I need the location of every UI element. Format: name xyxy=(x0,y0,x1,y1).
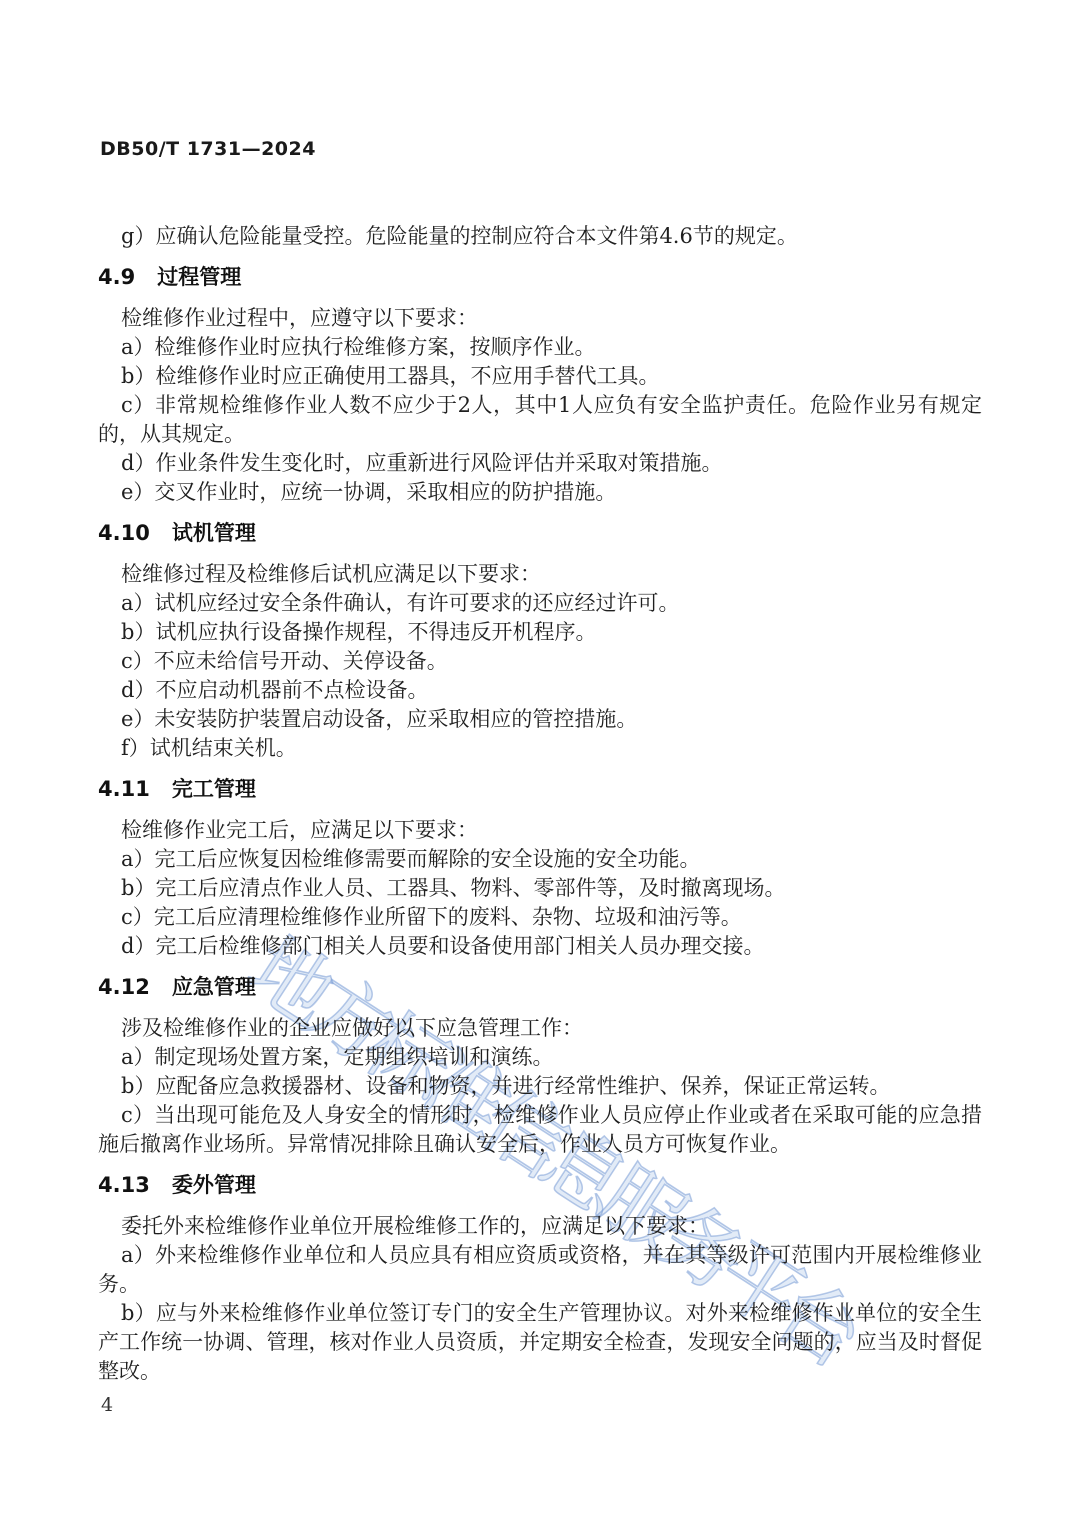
clause-item-f: f）试机结束关机。 xyxy=(98,734,982,763)
clause-item-a: a）外来检维修作业单位和人员应具有相应资质或资格，并在其等级许可范围内开展检维修… xyxy=(98,1241,982,1299)
section-number: 4.12 xyxy=(98,975,150,999)
section-number: 4.9 xyxy=(98,265,135,289)
section-title: 应急管理 xyxy=(172,975,256,999)
paragraph-intro: 检维修作业完工后，应满足以下要求： xyxy=(98,816,982,845)
section-number: 4.10 xyxy=(98,521,150,545)
clause-item-c: c）非常规检维修作业人数不应少于2人，其中1人应负有安全监护责任。危险作业另有规… xyxy=(98,391,982,449)
paragraph-intro: 涉及检维修作业的企业应做好以下应急管理工作： xyxy=(98,1014,982,1043)
clause-item-b: b）检维修作业时应正确使用工器具，不应用手替代工具。 xyxy=(98,362,982,391)
section-heading-4-9: 4.9过程管理 xyxy=(98,263,982,292)
clause-item-a: a）检维修作业时应执行检维修方案，按顺序作业。 xyxy=(98,333,982,362)
clause-item-e: e）未安装防护装置启动设备，应采取相应的管控措施。 xyxy=(98,705,982,734)
section-heading-4-11: 4.11完工管理 xyxy=(98,775,982,804)
standard-code-header: DB50/T 1731—2024 xyxy=(100,138,316,160)
clause-item-d: d）完工后检维修部门相关人员要和设备使用部门相关人员办理交接。 xyxy=(98,932,982,961)
document-body: g）应确认危险能量受控。危险能量的控制应符合本文件第4.6节的规定。 4.9过程… xyxy=(98,222,982,1386)
document-page: DB50/T 1731—2024 地方标准信息服务平台 g）应确认危险能量受控。… xyxy=(0,0,1080,1526)
paragraph-intro: 检维修过程及检维修后试机应满足以下要求： xyxy=(98,560,982,589)
clause-item-c: c）不应未给信号开动、关停设备。 xyxy=(98,647,982,676)
clause-item-b: b）应配备应急救援器材、设备和物资，并进行经常性维护、保养，保证正常运转。 xyxy=(98,1072,982,1101)
page-number: 4 xyxy=(101,1394,113,1416)
clause-item-d: d）不应启动机器前不点检设备。 xyxy=(98,676,982,705)
section-number: 4.13 xyxy=(98,1173,150,1197)
clause-item-g: g）应确认危险能量受控。危险能量的控制应符合本文件第4.6节的规定。 xyxy=(98,222,982,251)
clause-item-a: a）试机应经过安全条件确认，有许可要求的还应经过许可。 xyxy=(98,589,982,618)
section-title: 试机管理 xyxy=(172,521,256,545)
clause-item-c: c）当出现可能危及人身安全的情形时，检维修作业人员应停止作业或者在采取可能的应急… xyxy=(98,1101,982,1159)
clause-item-b: b）试机应执行设备操作规程，不得违反开机程序。 xyxy=(98,618,982,647)
clause-item-c: c）完工后应清理检维修作业所留下的废料、杂物、垃圾和油污等。 xyxy=(98,903,982,932)
section-number: 4.11 xyxy=(98,777,150,801)
section-title: 完工管理 xyxy=(172,777,256,801)
paragraph-intro: 委托外来检维修作业单位开展检维修工作的，应满足以下要求： xyxy=(98,1212,982,1241)
section-title: 过程管理 xyxy=(157,265,241,289)
clause-item-b: b）应与外来检维修作业单位签订专门的安全生产管理协议。对外来检维修作业单位的安全… xyxy=(98,1299,982,1386)
clause-item-d: d）作业条件发生变化时，应重新进行风险评估并采取对策措施。 xyxy=(98,449,982,478)
section-heading-4-12: 4.12应急管理 xyxy=(98,973,982,1002)
clause-item-e: e）交叉作业时，应统一协调，采取相应的防护措施。 xyxy=(98,478,982,507)
paragraph-intro: 检维修作业过程中，应遵守以下要求： xyxy=(98,304,982,333)
section-heading-4-13: 4.13委外管理 xyxy=(98,1171,982,1200)
clause-item-a: a）制定现场处置方案，定期组织培训和演练。 xyxy=(98,1043,982,1072)
section-heading-4-10: 4.10试机管理 xyxy=(98,519,982,548)
clause-item-b: b）完工后应清点作业人员、工器具、物料、零部件等，及时撤离现场。 xyxy=(98,874,982,903)
section-title: 委外管理 xyxy=(172,1173,256,1197)
clause-item-a: a）完工后应恢复因检维修需要而解除的安全设施的安全功能。 xyxy=(98,845,982,874)
